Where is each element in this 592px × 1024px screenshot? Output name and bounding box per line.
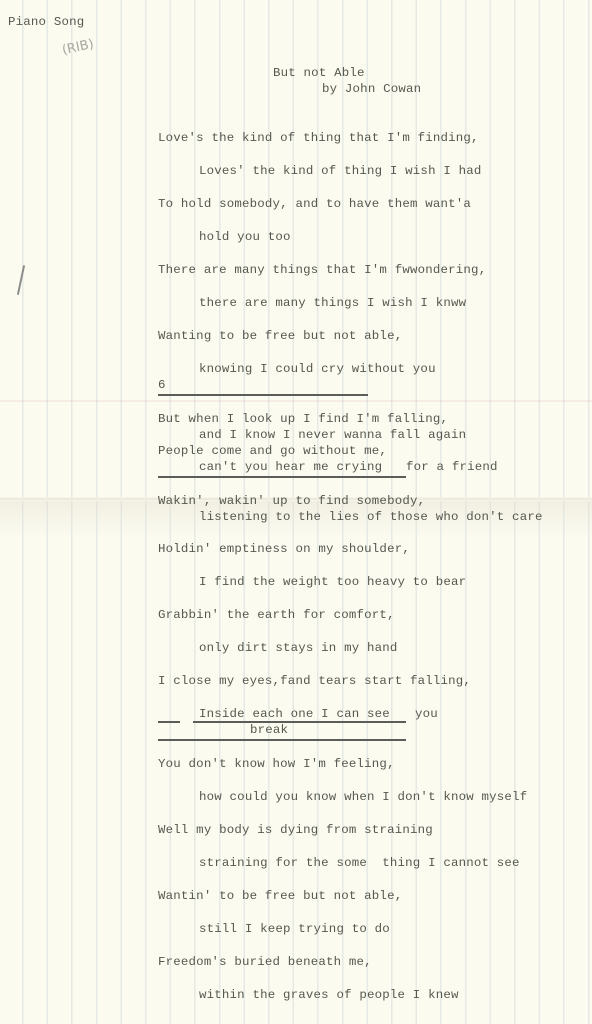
song-title: But not Able bbox=[273, 66, 365, 80]
document-label: Piano Song bbox=[8, 15, 84, 29]
lyric-line: and I know I never wanna fall again bbox=[199, 428, 466, 442]
lyric-line: knowing I could cry without you bbox=[199, 362, 436, 376]
underline-rule bbox=[158, 476, 406, 478]
lyric-line: To hold somebody, and to have them want'… bbox=[158, 197, 471, 211]
lyric-line: Love's the kind of thing that I'm findin… bbox=[158, 131, 479, 145]
song-byline: by John Cowan bbox=[322, 82, 421, 96]
lyric-line: I close my eyes,fand tears start falling… bbox=[158, 674, 471, 688]
lyric-line: I find the weight too heavy to bear bbox=[199, 575, 466, 589]
break-label: break bbox=[250, 723, 288, 737]
lyric-line: Grabbin' the earth for comfort, bbox=[158, 608, 395, 622]
lyric-line: Holdin' emptiness on my shoulder, bbox=[158, 542, 410, 556]
underline-rule bbox=[193, 721, 406, 723]
lyric-line: you bbox=[415, 707, 438, 721]
lyric-line: Wakin', wakin' up to find somebody, bbox=[158, 494, 425, 508]
lyric-line: But when I look up I find I'm falling, bbox=[158, 412, 448, 426]
lyric-line: for a friend bbox=[406, 460, 498, 474]
lyric-line: You don't know how I'm feeling, bbox=[158, 757, 395, 771]
paper-fold bbox=[0, 400, 592, 402]
lyric-line: Wanting to be free but not able, bbox=[158, 329, 402, 343]
lyric-line: straining for the some thing I cannot se… bbox=[199, 856, 520, 870]
lyric-line: still I keep trying to do bbox=[199, 922, 390, 936]
section-rule bbox=[158, 739, 406, 741]
section-marker: 6 bbox=[158, 378, 166, 392]
lyric-line: People come and go without me, bbox=[158, 444, 387, 458]
lyric-line: Loves' the kind of thing I wish I had bbox=[199, 164, 482, 178]
lyric-line: how could you know when I don't know mys… bbox=[199, 790, 527, 804]
underline-rule bbox=[158, 721, 180, 723]
lyric-line-underlined: can't you hear me crying bbox=[199, 460, 382, 474]
lyric-line: Freedom's buried beneath me, bbox=[158, 955, 372, 969]
lyric-line: hold you too bbox=[199, 230, 291, 244]
lyric-line: there are many things I wish I knww bbox=[199, 296, 466, 310]
lyric-line: Well my body is dying from straining bbox=[158, 823, 433, 837]
lyric-line: within the graves of people I knew bbox=[199, 988, 459, 1002]
lyric-line: There are many things that I'm fwwonderi… bbox=[158, 263, 486, 277]
lyric-line-underlined: Inside each one I can see bbox=[199, 707, 390, 721]
lyric-line: Wantin' to be free but not able, bbox=[158, 889, 402, 903]
lyric-line: only dirt stays in my hand bbox=[199, 641, 398, 655]
section-rule bbox=[158, 394, 368, 396]
lyric-line: listening to the lies of those who don't… bbox=[199, 510, 543, 524]
